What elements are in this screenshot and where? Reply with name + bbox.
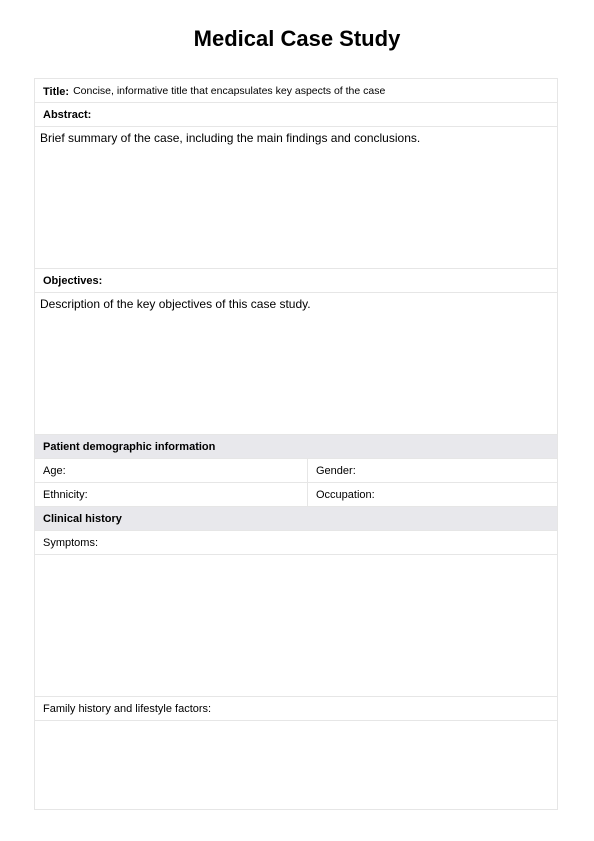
symptoms-field[interactable] <box>35 555 557 697</box>
abstract-label: Abstract: <box>35 109 91 121</box>
gender-label: Gender: <box>308 465 356 477</box>
family-history-label-row: Family history and lifestyle factors: <box>35 697 557 721</box>
family-history-field[interactable] <box>35 721 557 809</box>
abstract-field[interactable]: Brief summary of the case, including the… <box>35 127 557 269</box>
occupation-field[interactable]: Occupation: <box>308 483 557 506</box>
objectives-label-row: Objectives: <box>35 269 557 293</box>
case-study-form: Title: Concise, informative title that e… <box>34 78 558 810</box>
abstract-text: Brief summary of the case, including the… <box>35 127 420 145</box>
age-field[interactable]: Age: <box>35 459 308 482</box>
objectives-text: Description of the key objectives of thi… <box>35 293 311 311</box>
occupation-label: Occupation: <box>308 489 375 501</box>
age-gender-row: Age: Gender: <box>35 459 557 483</box>
objectives-field[interactable]: Description of the key objectives of thi… <box>35 293 557 435</box>
gender-field[interactable]: Gender: <box>308 459 557 482</box>
symptoms-label: Symptoms: <box>35 537 98 549</box>
clinical-history-section-header: Clinical history <box>35 507 557 531</box>
title-label: Title: <box>35 86 69 98</box>
objectives-label: Objectives: <box>35 275 102 287</box>
symptoms-label-row: Symptoms: <box>35 531 557 555</box>
demographics-heading: Patient demographic information <box>35 441 215 453</box>
abstract-label-row: Abstract: <box>35 103 557 127</box>
clinical-history-heading: Clinical history <box>35 513 122 525</box>
page-title: Medical Case Study <box>0 26 594 52</box>
demographics-section-header: Patient demographic information <box>35 435 557 459</box>
ethnicity-label: Ethnicity: <box>35 489 88 501</box>
family-history-label: Family history and lifestyle factors: <box>35 703 211 715</box>
age-label: Age: <box>35 465 66 477</box>
ethnicity-occupation-row: Ethnicity: Occupation: <box>35 483 557 507</box>
title-field[interactable]: Concise, informative title that encapsul… <box>69 85 385 97</box>
ethnicity-field[interactable]: Ethnicity: <box>35 483 308 506</box>
title-row: Title: Concise, informative title that e… <box>35 79 557 103</box>
